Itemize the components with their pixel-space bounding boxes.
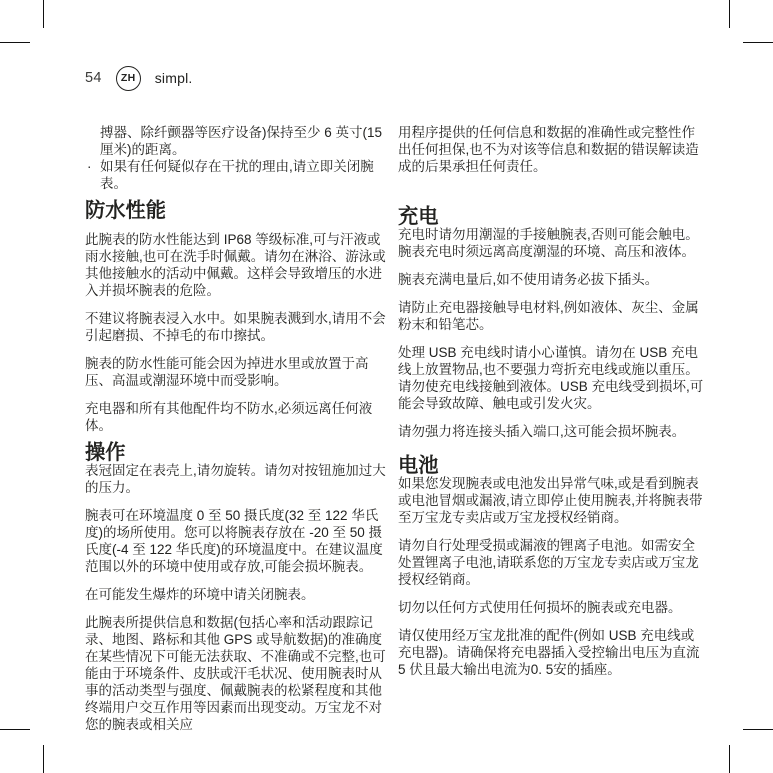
crop-mark-bottom-left-horizontal bbox=[0, 729, 30, 730]
section-heading: 电池 bbox=[398, 458, 704, 475]
bullet-marker-icon: · bbox=[87, 158, 92, 175]
crop-mark-top-left-vertical bbox=[43, 0, 44, 28]
crop-mark-top-right-vertical bbox=[729, 0, 730, 28]
language-badge: ZH bbox=[116, 66, 141, 91]
bullet-text: 如果有任何疑似存在干扰的理由,请立即关闭腕表。 bbox=[100, 159, 374, 191]
bullet-continuation: 搏器、除纤颤器等医疗设备)保持至少 6 英寸(15 厘米)的距离。 bbox=[85, 124, 391, 158]
paragraph: 请勿自行处理受损或漏液的锂离子电池。如需安全处置锂离子电池,请联系您的万宝龙专卖… bbox=[398, 537, 704, 588]
paragraph: 请勿强力将连接头插入端口,这可能会损坏腕表。 bbox=[398, 423, 704, 440]
paragraph: 腕表的防水性能可能会因为掉进水里或放置于高压、高温或潮湿环境中而受影响。 bbox=[85, 355, 391, 389]
paragraph: 在可能发生爆炸的环境中请关闭腕表。 bbox=[85, 586, 391, 603]
paragraph: 请仅使用经万宝龙批准的配件(例如 USB 充电线或充电器)。请确保将充电器插入受… bbox=[398, 627, 704, 678]
paragraph: 不建议将腕表浸入水中。如果腕表溅到水,请用不会引起磨损、不掉毛的布巾擦拭。 bbox=[85, 310, 391, 344]
crop-mark-top-left-horizontal bbox=[0, 42, 30, 43]
paragraph: 用程序提供的任何信息和数据的准确性或完整性作出任何担保,也不为对该等信息和数据的… bbox=[398, 124, 704, 175]
paragraph: 表冠固定在表壳上,请勿旋转。请勿对按钮施加过大的压力。 bbox=[85, 462, 391, 496]
bullet: ·如果有任何疑似存在干扰的理由,请立即关闭腕表。 bbox=[85, 158, 391, 192]
paragraph: 充电器和所有其他配件均不防水,必须远离任何液体。 bbox=[85, 400, 391, 434]
paragraph: 切勿以任何方式使用任何损坏的腕表或充电器。 bbox=[398, 599, 704, 616]
language-badge-label: ZH bbox=[121, 72, 136, 84]
paragraph: 此腕表所提供信息和数据(包括心率和活动跟踪记录、地图、路标和其他 GPS 或导航… bbox=[85, 614, 391, 733]
manual-page: 54 ZH simpl. 搏器、除纤颤器等医疗设备)保持至少 6 英寸(15 厘… bbox=[0, 0, 773, 773]
brand-label: simpl. bbox=[155, 70, 193, 86]
section-heading: 操作 bbox=[85, 445, 391, 462]
paragraph: 此腕表的防水性能达到 IP68 等级标准,可与汗液或雨水接触,也可在洗手时佩戴。… bbox=[85, 231, 391, 299]
crop-mark-bottom-right-horizontal bbox=[743, 729, 773, 730]
page-header: 54 ZH simpl. bbox=[85, 64, 193, 92]
paragraph: 处理 USB 充电线时请小心谨慎。请勿在 USB 充电线上放置物品,也不要强力弯… bbox=[398, 344, 704, 412]
crop-mark-bottom-right-vertical bbox=[729, 745, 730, 773]
paragraph: 请防止充电器接触导电材料,例如液体、灰尘、金属粉末和铅笔芯。 bbox=[398, 299, 704, 333]
section-heading: 防水性能 bbox=[85, 203, 391, 220]
section-heading: 充电 bbox=[398, 209, 704, 226]
paragraph: 腕表充满电量后,如不使用请务必拔下插头。 bbox=[398, 271, 704, 288]
page-number: 54 bbox=[85, 70, 102, 86]
paragraph: 腕表可在环境温度 0 至 50 摄氏度(32 至 122 华氏度)的场所使用。您… bbox=[85, 507, 391, 575]
left-column: 搏器、除纤颤器等医疗设备)保持至少 6 英寸(15 厘米)的距离。·如果有任何疑… bbox=[85, 124, 391, 744]
crop-mark-top-right-horizontal bbox=[743, 42, 773, 43]
crop-mark-bottom-left-vertical bbox=[43, 745, 44, 773]
paragraph: 充电时请勿用潮湿的手接触腕表,否则可能会触电。腕表充电时须远离高度潮湿的环境、高… bbox=[398, 226, 704, 260]
paragraph: 如果您发现腕表或电池发出异常气味,或是看到腕表或电池冒烟或漏液,请立即停止使用腕… bbox=[398, 475, 704, 526]
right-column: 用程序提供的任何信息和数据的准确性或完整性作出任何担保,也不为对该等信息和数据的… bbox=[398, 124, 704, 689]
